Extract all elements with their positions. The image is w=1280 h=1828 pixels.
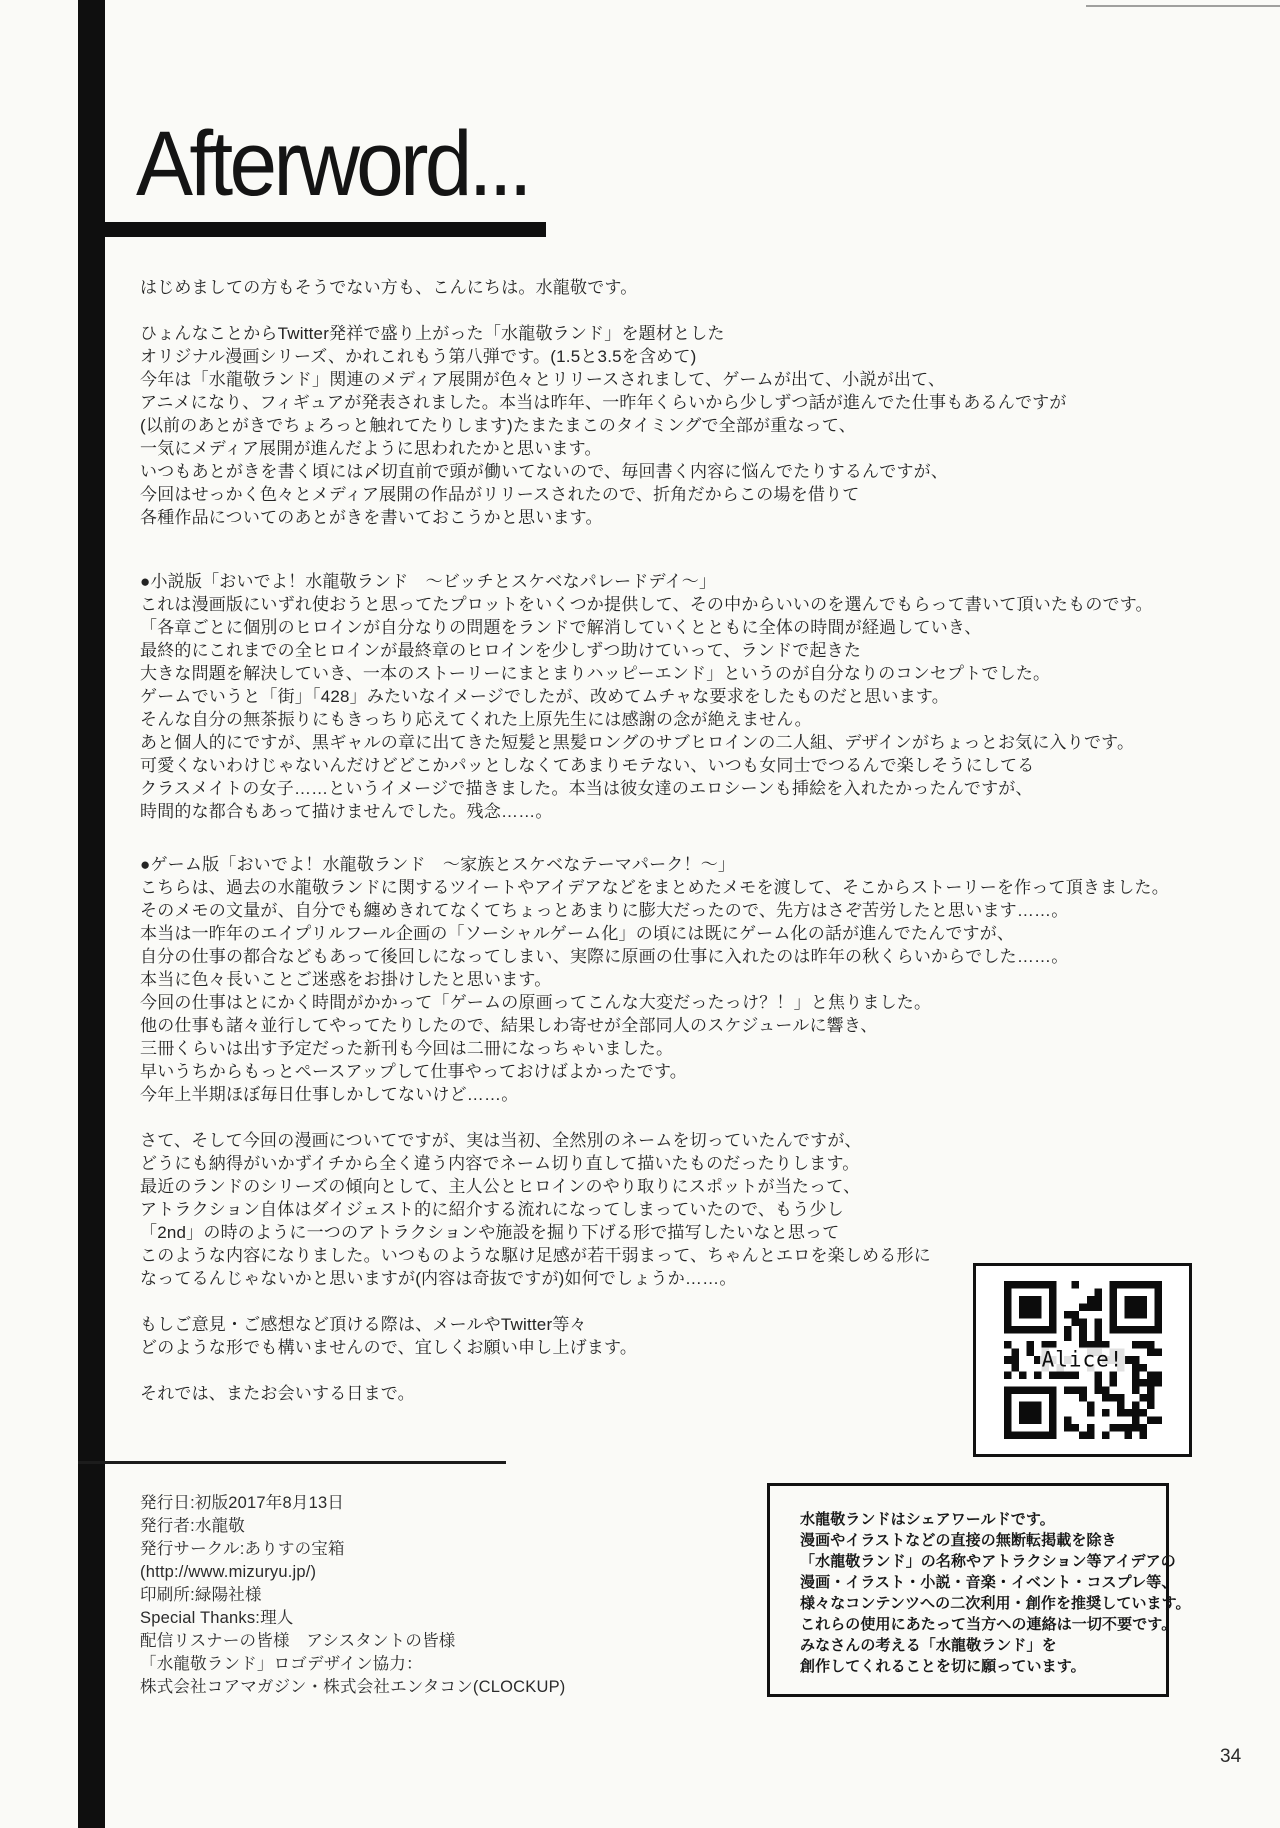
page-number: 34 <box>1220 1746 1241 1768</box>
text-line: 自分の仕事の都合などもあって後回しになってしまい、実際に原画の仕事に入れたのは昨… <box>140 945 1050 968</box>
text-line: 発行サークル:ありすの宝箱 <box>140 1538 566 1561</box>
text-line: 印刷所:緑陽社様 <box>140 1584 566 1607</box>
text-line: 発行日:初版2017年8月13日 <box>140 1492 566 1515</box>
text-line: Special Thanks:理人 <box>140 1607 566 1630</box>
text-line: こちらは、過去の水龍敬ランドに関するツイートやアイデアなどをまとめたメモを渡して… <box>140 876 1050 899</box>
text-line: もしご意見・ご感想など頂ける際は、メールやTwitter等々 <box>140 1313 1050 1336</box>
left-accent-bar <box>78 0 105 1828</box>
text-line: (以前のあとがきでちょろっと触れてたりします)たまたまこのタイミングで全部が重な… <box>140 414 1050 437</box>
text-line: 最終的にこれまでの全ヒロインが最終章のヒロインを少しずつ助けていって、ランドで起… <box>140 639 1050 662</box>
text-line: 今回の仕事はとにかく時間がかかって「ゲームの原画ってこんな大変だったっけ？！」と… <box>140 991 1050 1014</box>
text-line: 発行者:水龍敬 <box>140 1515 566 1538</box>
colophon: 発行日:初版2017年8月13日発行者:水龍敬発行サークル:ありすの宝箱(htt… <box>140 1492 566 1699</box>
text-line: さて、そして今回の漫画についてですが、実は当初、全然別のネームを切っていたんです… <box>140 1129 1050 1152</box>
afterword-section-novel: ●小説版「おいでよ！水龍敬ランド ～ビッチとスケベなパレードデイ～」これは漫画版… <box>140 570 1050 823</box>
text-line: 一気にメディア展開が進んだように思われたかと思います。 <box>140 437 1050 460</box>
text-line: 時間的な都合もあって描けませんでした。残念……。 <box>140 800 1050 823</box>
text-line: 「各章ごとに個別のヒロインが自分なりの問題をランドで解消していくとともに全体の時… <box>140 616 1050 639</box>
share-world-notice-box: 水龍敬ランドはシェアワールドです。漫画やイラストなどの直接の無断転掲載を除き「水… <box>767 1483 1169 1697</box>
text-line: そんな自分の無茶振りにもきっちり応えてくれた上原先生には感謝の念が絶えません。 <box>140 708 1050 731</box>
text-line: 大きな問題を解決していき、一本のストーリーにまとまりハッピーエンド」というのが自… <box>140 662 1050 685</box>
qr-code: Alice! <box>973 1263 1192 1457</box>
text-line: 本当は一昨年のエイプリルフール企画の「ソーシャルゲーム化」の頃には既にゲーム化の… <box>140 922 1050 945</box>
afterword-paragraph-intro: ひょんなことからTwitter発祥で盛り上がった「水龍敬ランド」を題材としたオリ… <box>140 322 1050 529</box>
text-line: 他の仕事も諸々並行してやってたりしたので、結果しわ寄せが全部同人のスケジュールに… <box>140 1014 1050 1037</box>
text-line: 漫画・イラスト・小説・音楽・イベント・コスプレ等、 <box>800 1572 1166 1593</box>
text-line: 三冊くらいは出す予定だった新刊も今回は二冊になっちゃいました。 <box>140 1037 1050 1060</box>
text-line: ●ゲーム版「おいでよ！水龍敬ランド ～家族とスケベなテーマパーク！～」 <box>140 853 1050 876</box>
text-line: 今回はせっかく色々とメディア展開の作品がリリースされたので、折角だからこの場を借… <box>140 483 1050 506</box>
text-line: 創作してくれることを切に願っています。 <box>800 1656 1166 1677</box>
text-line: このような内容になりました。いつものような駆け足感が若干弱まって、ちゃんとエロを… <box>140 1244 1050 1267</box>
text-line: 配信リスナーの皆様 アシスタントの皆様 <box>140 1630 566 1653</box>
text-line: 早いうちからもっとペースアップして仕事やっておけばよかったです。 <box>140 1060 1050 1083</box>
title-underline <box>78 222 546 237</box>
text-line: 水龍敬ランドはシェアワールドです。 <box>800 1509 1166 1530</box>
scan-edge-line <box>1086 5 1280 7</box>
page-container: Afterword... はじめましての方もそうでない方も、こんにちは。水龍敬で… <box>0 0 1280 1828</box>
text-line: みなさんの考える「水龍敬ランド」を <box>800 1635 1166 1656</box>
text-line: 最近のランドのシリーズの傾向として、主人公とヒロインのやり取りにスポットが当たっ… <box>140 1175 1050 1198</box>
text-line: 可愛くないわけじゃないんだけどどこかパッとしなくてあまりモテない、いつも女同士で… <box>140 754 1050 777</box>
text-line: クラスメイトの女子……というイメージで描きました。本当は彼女達のエロシーンも挿絵… <box>140 777 1050 800</box>
text-line: これは漫画版にいずれ使おうと思ってたプロットをいくつか提供して、その中からいいの… <box>140 593 1050 616</box>
text-line: これらの使用にあたって当方への連絡は一切不要です。 <box>800 1614 1166 1635</box>
text-line: ●小説版「おいでよ！水龍敬ランド ～ビッチとスケベなパレードデイ～」 <box>140 570 1050 593</box>
afterword-paragraph-closing: それでは、またお会いする日まで。 <box>140 1382 1050 1405</box>
text-line: どうにも納得がいかずイチから全く違う内容でネーム切り直して描いたものだったりしま… <box>140 1152 1050 1175</box>
text-line: 「2nd」の時のように一つのアトラクションや施設を掘り下げる形で描写したいなと思… <box>140 1221 1050 1244</box>
text-line: なってるんじゃないかと思いますが(内容は奇抜ですが)如何でしょうか……。 <box>140 1267 1050 1290</box>
text-line: アニメになり、フィギュアが発表されました。本当は昨年、一昨年くらいから少しずつ話… <box>140 391 1050 414</box>
text-line: 各種作品についてのあとがきを書いておこうかと思います。 <box>140 506 1050 529</box>
text-line: 今年上半期ほぼ毎日仕事しかしてないけど……。 <box>140 1083 1050 1106</box>
text-line: はじめましての方もそうでない方も、こんにちは。水龍敬です。 <box>140 276 1050 299</box>
text-line: アトラクション自体はダイジェスト的に紹介する流れになってしまっていたので、もう少… <box>140 1198 1050 1221</box>
text-line: 様々なコンテンツへの二次利用・創作を推奨しています。 <box>800 1593 1166 1614</box>
text-line: ゲームでいうと「街」「428」みたいなイメージでしたが、改めてムチャな要求をした… <box>140 685 1050 708</box>
qr-center-label: Alice! <box>1040 1348 1126 1372</box>
text-line: 本当に色々長いことご迷惑をお掛けしたと思います。 <box>140 968 1050 991</box>
text-line: どのような形でも構いませんので、宜しくお願い申し上げます。 <box>140 1336 1050 1359</box>
afterword-paragraph-greeting: はじめましての方もそうでない方も、こんにちは。水龍敬です。 <box>140 276 1050 299</box>
text-line: 株式会社コアマガジン・株式会社エンタコン(CLOCKUP) <box>140 1676 566 1699</box>
text-line: いつもあとがきを書く頃には〆切直前で頭が働いてないので、毎回書く内容に悩んでたり… <box>140 460 1050 483</box>
text-line: 「水龍敬ランド」の名称やアトラクション等アイデアの <box>800 1551 1166 1572</box>
text-line: そのメモの文量が、自分でも纏めきれてなくてちょっとあまりに膨大だったので、先方は… <box>140 899 1050 922</box>
text-line: (http://www.mizuryu.jp/) <box>140 1561 566 1584</box>
afterword-body: はじめましての方もそうでない方も、こんにちは。水龍敬です。 ひょんなことからTw… <box>140 276 1050 1405</box>
afterword-section-manga: さて、そして今回の漫画についてですが、実は当初、全然別のネームを切っていたんです… <box>140 1129 1050 1290</box>
text-line: あと個人的にですが、黒ギャルの章に出てきた短髪と黒髪ロングのサブヒロインの二人組… <box>140 731 1050 754</box>
text-line: 今年は「水龍敬ランド」関連のメディア展開が色々とリリースされまして、ゲームが出て… <box>140 368 1050 391</box>
afterword-title: Afterword... <box>136 118 529 210</box>
text-line: ひょんなことからTwitter発祥で盛り上がった「水龍敬ランド」を題材とした <box>140 322 1050 345</box>
colophon-divider <box>78 1461 506 1464</box>
text-line: オリジナル漫画シリーズ、かれこれもう第八弾です。(1.5と3.5を含めて) <box>140 345 1050 368</box>
text-line: 漫画やイラストなどの直接の無断転掲載を除き <box>800 1530 1166 1551</box>
afterword-paragraph-feedback: もしご意見・ご感想など頂ける際は、メールやTwitter等々どのような形でも構い… <box>140 1313 1050 1359</box>
text-line: それでは、またお会いする日まで。 <box>140 1382 1050 1405</box>
text-line: 「水龍敬ランド」ロゴデザイン協力： <box>140 1653 566 1676</box>
afterword-section-game: ●ゲーム版「おいでよ！水龍敬ランド ～家族とスケベなテーマパーク！～」こちらは、… <box>140 853 1050 1106</box>
